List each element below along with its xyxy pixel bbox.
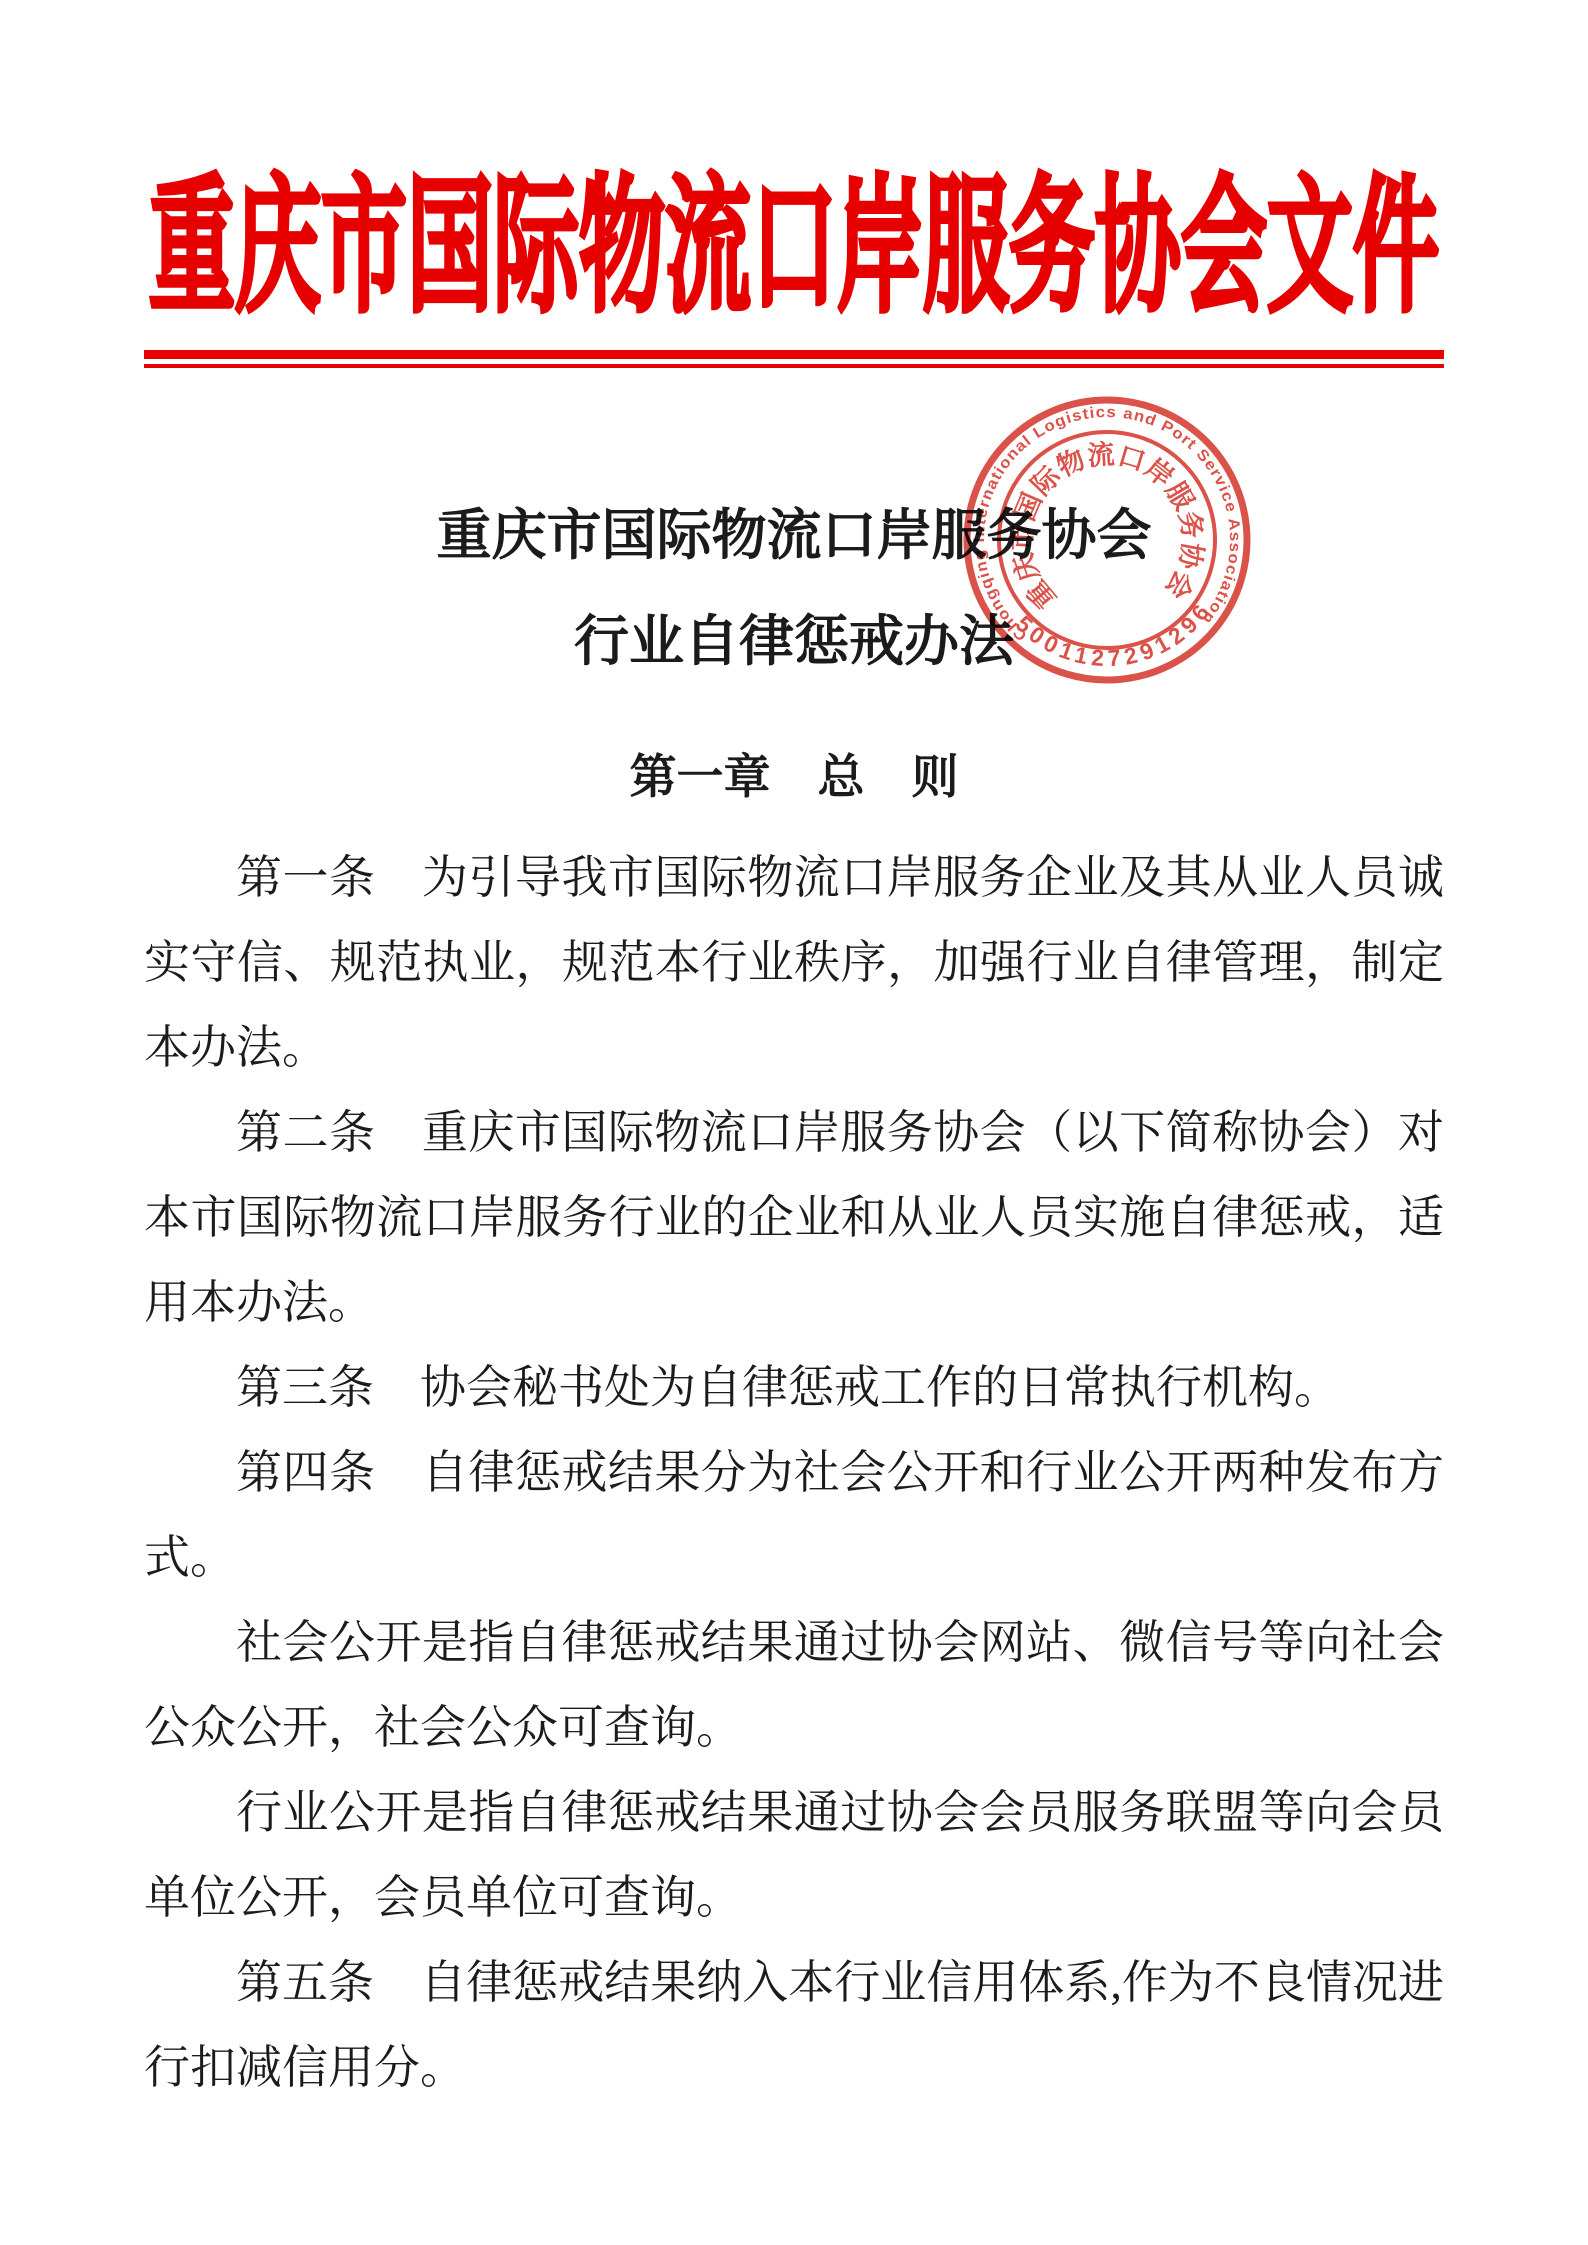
letterhead-title: 重庆市国际物流口岸服务协会文件 — [149, 127, 1439, 340]
document-page: { "colors": { "letterhead-red": "#e60000… — [0, 0, 1588, 2245]
chapter-heading: 第一章 总 则 — [0, 753, 1588, 803]
paragraph-industry-disclosure: 行业公开是指自律惩戒结果通过协会会员服务联盟等向会员单位公开，会员单位可查询。 — [144, 1770, 1444, 1940]
document-body: 第一条 为引导我市国际物流口岸服务企业及其从业人员诚实守信、规范执业，规范本行业… — [144, 835, 1444, 2110]
letterhead: 重庆市国际物流口岸服务协会文件 — [0, 148, 1588, 320]
paragraph-article-3: 第三条 协会秘书处为自律惩戒工作的日常执行机构。 — [144, 1345, 1444, 1430]
paragraph-article-4: 第四条 自律惩戒结果分为社会公开和行业公开两种发布方式。 — [144, 1430, 1444, 1600]
paragraph-article-2: 第二条 重庆市国际物流口岸服务协会（以下简称协会）对本市国际物流口岸服务行业的企… — [144, 1090, 1444, 1345]
paragraph-article-5: 第五条 自律惩戒结果纳入本行业信用体系,作为不良情况进行扣减信用分。 — [144, 1940, 1444, 2110]
paragraph-article-1: 第一条 为引导我市国际物流口岸服务企业及其从业人员诚实守信、规范执业，规范本行业… — [144, 835, 1444, 1090]
paragraph-social-disclosure: 社会公开是指自律惩戒结果通过协会网站、微信号等向社会公众公开，社会公众可查询。 — [144, 1600, 1444, 1770]
document-title: 重庆市国际物流口岸服务协会 行业自律惩戒办法 — [0, 483, 1588, 695]
letterhead-rule-thin — [144, 364, 1444, 368]
document-title-line1: 重庆市国际物流口岸服务协会 — [0, 483, 1588, 589]
letterhead-rule — [144, 350, 1444, 368]
letterhead-rule-thick — [144, 350, 1444, 359]
document-title-line2: 行业自律惩戒办法 — [0, 589, 1588, 695]
